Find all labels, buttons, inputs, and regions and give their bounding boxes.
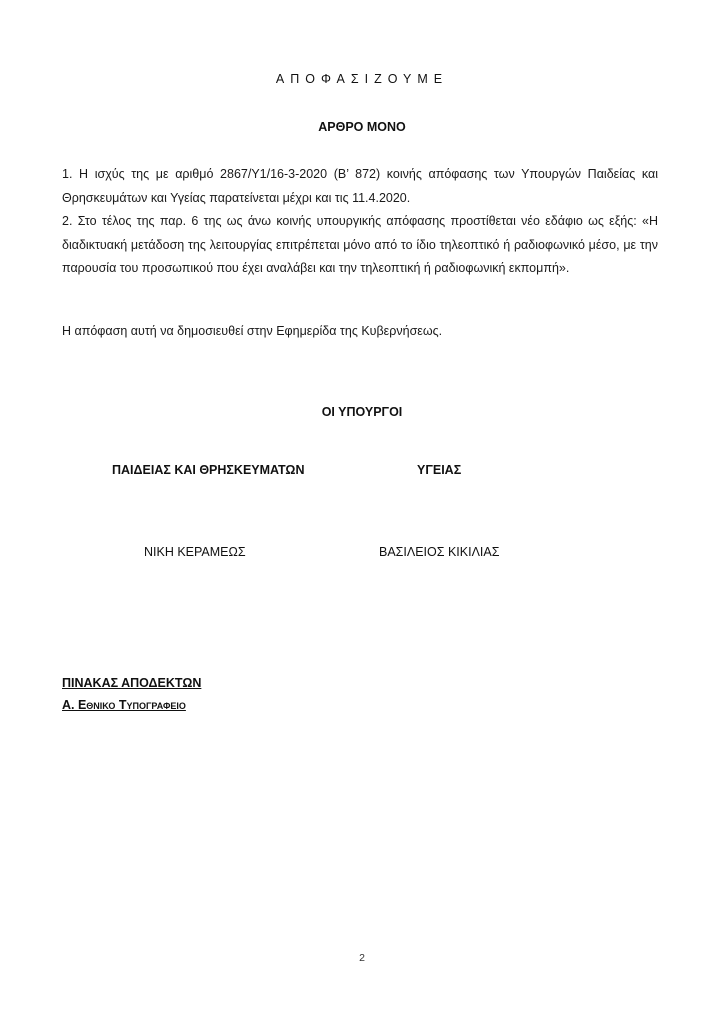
recipient-item: Α. Εθνικο Τυπογραφειο — [62, 698, 186, 712]
ministers-title: ΟΙ ΥΠΟΥΡΓΟΙ — [0, 405, 724, 419]
document-page: ΑΠΟΦΑΣΙΖΟΥΜΕ ΑΡΘΡΟ ΜΟΝΟ 1. Η ισχύς της μ… — [0, 0, 724, 1024]
paragraph-2: 2. Στο τέλος της παρ. 6 της ως άνω κοινή… — [62, 210, 658, 281]
signature-name-education-minister: ΝΙΚΗ ΚΕΡΑΜΕΩΣ — [144, 545, 246, 559]
recipients-title: ΠΙΝΑΚΑΣ ΑΠΟΔΕΚΤΩΝ — [62, 676, 201, 690]
signature-name-health-minister: ΒΑΣΙΛΕΙΟΣ ΚΙΚΙΛΙΑΣ — [379, 545, 499, 559]
page-number: 2 — [0, 952, 724, 964]
signature-ministry-health: ΥΓΕΙΑΣ — [417, 463, 461, 477]
signature-ministry-education: ΠΑΙΔΕΙΑΣ ΚΑΙ ΘΡΗΣΚΕΥΜΑΤΩΝ — [112, 463, 304, 477]
paragraph-1: 1. Η ισχύς της με αριθμό 2867/Υ1/16-3-20… — [62, 163, 658, 210]
article-title: ΑΡΘΡΟ ΜΟΝΟ — [0, 120, 724, 134]
publication-statement: Η απόφαση αυτή να δημοσιευθεί στην Εφημε… — [62, 320, 658, 344]
decision-heading: ΑΠΟΦΑΣΙΖΟΥΜΕ — [0, 72, 724, 86]
